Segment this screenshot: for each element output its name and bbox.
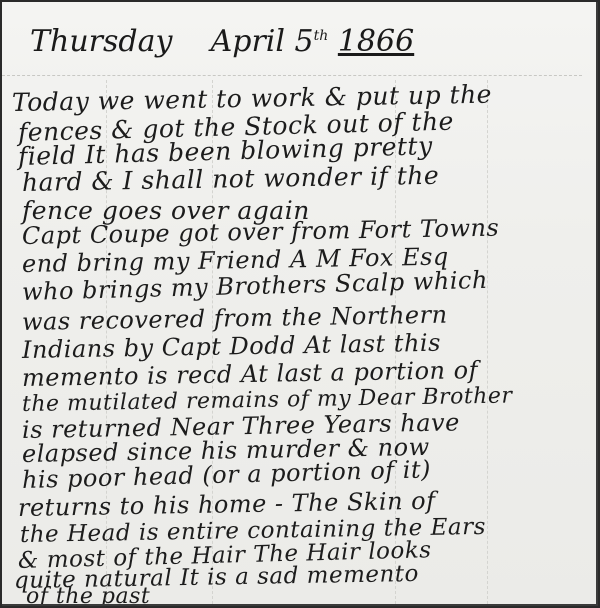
entry-date-heading: Thursday April 5th 1866 xyxy=(30,24,414,59)
year: 1866 xyxy=(338,24,414,59)
month: April xyxy=(211,24,285,59)
text-line: hard & I shall not wonder if the xyxy=(22,161,440,197)
diary-page: Thursday April 5th 1866 Today we went to… xyxy=(2,2,598,606)
ruled-column-line xyxy=(487,80,488,604)
day-suffix: th xyxy=(314,28,329,44)
text-line: of the past xyxy=(26,584,150,606)
header-rule xyxy=(2,75,582,77)
weekday: Thursday xyxy=(30,24,172,59)
day: 5 xyxy=(295,24,314,59)
